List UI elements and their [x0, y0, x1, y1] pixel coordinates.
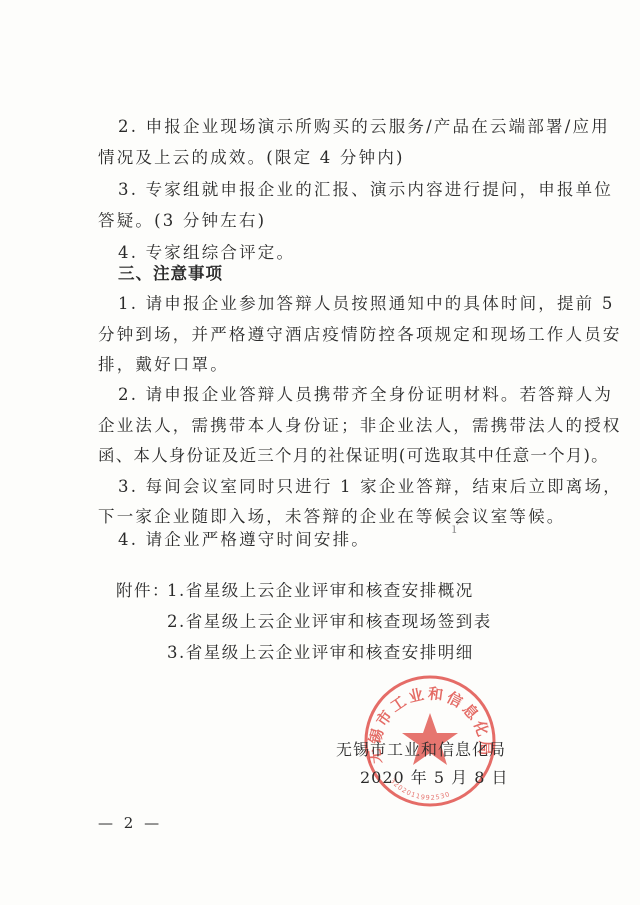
note-line: 分钟到场，并严格遵守酒店疫情防控各项规定和现场工作人员安: [98, 325, 622, 345]
attachment-item: 3.省星级上云企业评审和核查安排明细: [167, 643, 474, 663]
note-line: 企业法人，需携带本人身份证；非企业法人，需携带法人的授权: [98, 416, 622, 436]
paragraph-line: 4. 专家组综合评定。: [118, 243, 295, 263]
note-line: 函、本人身份证及近三个月的社保证明(可选取其中任意一个月)。: [98, 446, 609, 466]
note-line: 1. 请申报企业参加答辩人员按照通知中的具体时间，提前 5: [118, 294, 615, 314]
issue-date: 2020 年 5 月 8 日: [360, 765, 509, 788]
paragraph-line: 3. 专家组就申报企业的汇报、演示内容进行提问，申报单位: [118, 180, 613, 200]
page-number: — 2 —: [98, 814, 162, 832]
attachment-item: 2.省星级上云企业评审和核查现场签到表: [167, 612, 492, 632]
attachment-item: 1.省星级上云企业评审和核查安排概况: [167, 581, 474, 601]
issuer-name: 无锡市工业和信息化局: [336, 737, 506, 760]
paragraph-line: 情况及上云的成效。(限定 4 分钟内): [98, 148, 405, 168]
paragraph-line: 2. 申报企业现场演示所购买的云服务/产品在云端部署/应用: [118, 117, 610, 137]
note-line: 下一家企业随即入场，未答辩的企业在等候会议室等候。: [98, 507, 566, 527]
pen-mark: ı′: [452, 521, 460, 537]
paragraph-line: 答疑。(3 分钟左右): [98, 211, 266, 231]
section-heading: 三、注意事项: [118, 264, 223, 284]
note-line: 4. 请企业严格遵守时间安排。: [118, 530, 370, 550]
note-line: 2. 请申报企业答辩人员携带齐全身份证明材料。若答辩人为: [118, 385, 613, 405]
attachments-label: 附件：: [116, 581, 170, 601]
note-line: 3. 每间会议室同时只进行 1 家企业答辩，结束后立即离场，: [118, 477, 622, 497]
note-line: 排，戴好口罩。: [98, 355, 229, 375]
